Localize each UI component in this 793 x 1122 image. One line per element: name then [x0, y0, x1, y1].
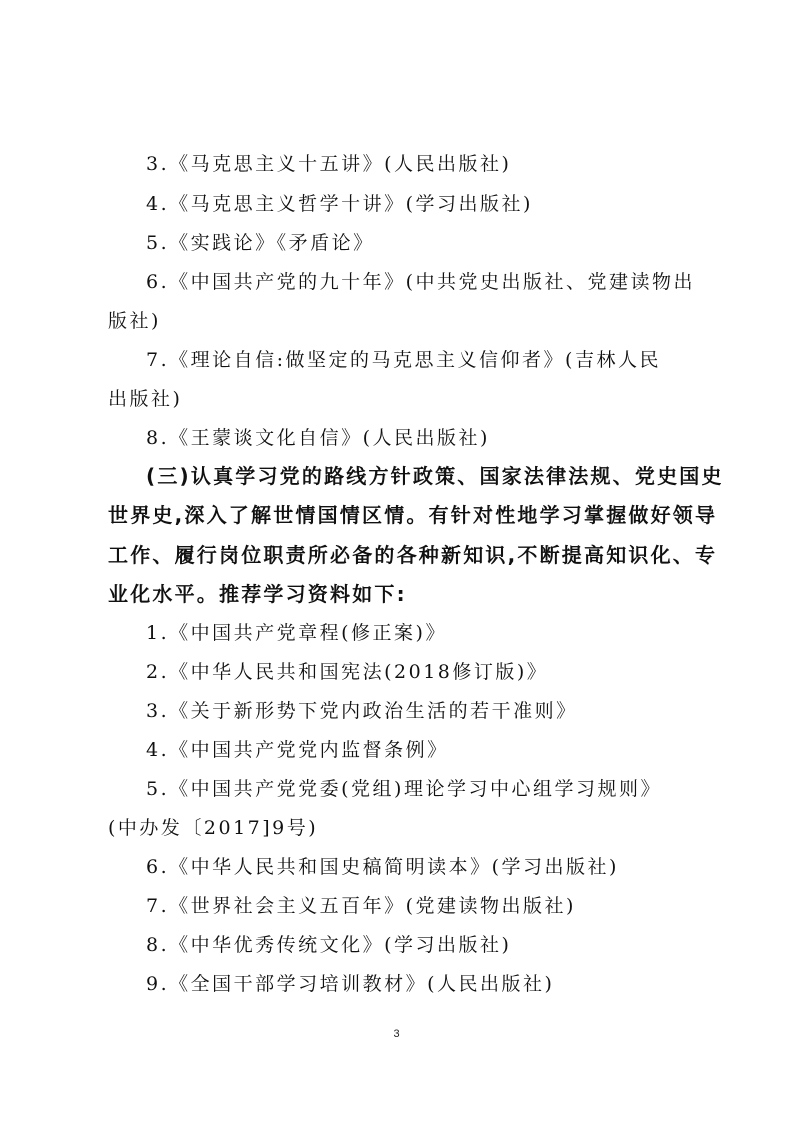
list-item: 4.《马克思主义哲学十讲》(学习出版社) — [146, 192, 533, 216]
section-heading: (三)认真学习党的路线方针政策、国家法律法规、党史国史 — [146, 464, 724, 488]
section-heading: 世界史,深入了解世情国情区情。有针对性地学习掌握做好领导 — [108, 503, 717, 527]
list-item: 1.《中国共产党章程(修正案)》 — [146, 621, 447, 645]
list-item-continuation: (中办发〔2017]9号) — [108, 816, 318, 840]
list-item: 3.《关于新形势下党内政治生活的若干准则》 — [146, 699, 578, 723]
list-item: 9.《全国干部学习培训教材》(人民出版社) — [146, 972, 554, 996]
list-item: 6.《中华人民共和国史稿简明读本》(学习出版社) — [146, 855, 619, 879]
list-item: 7.《理论自信:做坚定的马克思主义信仰者》(吉林人民 — [146, 348, 661, 372]
list-item-continuation: 版社) — [108, 309, 161, 333]
list-item: 8.《中华优秀传统文化》(学习出版社) — [146, 933, 511, 957]
list-item: 4.《中国共产党党内监督条例》 — [146, 738, 449, 762]
section-heading: 业化水平。推荐学习资料如下: — [108, 582, 407, 606]
list-item-continuation: 出版社) — [108, 387, 182, 411]
list-item: 7.《世界社会主义五百年》(党建读物出版社) — [146, 894, 576, 918]
list-item: 5.《实践论》《矛盾论》 — [146, 231, 375, 255]
list-item: 6.《中国共产党的九十年》(中共党史出版社、党建读物出 — [146, 270, 695, 294]
list-item: 2.《中华人民共和国宪法(2018修订版)》 — [146, 660, 548, 684]
list-item: 5.《中国共产党党委(党组)理论学习中心组学习规则》 — [146, 777, 662, 801]
list-item: 3.《马克思主义十五讲》(人民出版社) — [146, 152, 511, 176]
section-heading: 工作、履行岗位职责所必备的各种新知识,不断提高知识化、专 — [108, 543, 717, 567]
list-item: 8.《王蒙谈文化自信》(人民出版社) — [146, 426, 490, 450]
page-number: 3 — [0, 1028, 793, 1040]
